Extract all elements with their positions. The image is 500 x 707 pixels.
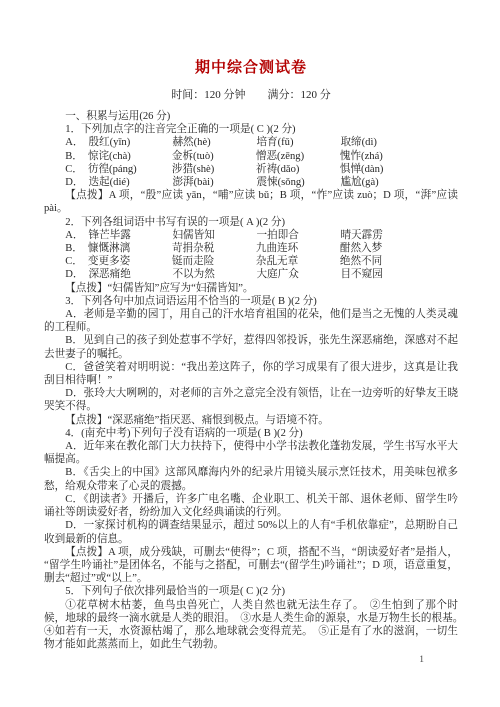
q2-option-b: B．慷慨淋漓苛捐杂税九曲连环酣然入梦 [44, 242, 458, 255]
option-term: 目不窥园 [340, 268, 424, 281]
option-term: 惧惮(dàn) [340, 163, 424, 176]
option-term: 憎恶(zēng) [256, 150, 340, 163]
q4-option-b: B．《舌尖上的中国》这部风靡海内外的纪录片用镜头展示烹饪技术，用美味包袱多愁，给… [44, 466, 458, 492]
option-label: B． [65, 243, 83, 254]
option-term: 一拍即合 [256, 229, 340, 242]
option-term: 酣然入梦 [340, 242, 424, 255]
option-term: 彷徨(páng) [88, 163, 172, 176]
q1-stem: 1．下列加点字的注音完全正确的一项是( C )(2 分) [44, 123, 458, 136]
q1-option-d: D．迭起(dié)澎湃(bài)震悚(sǒng)尴尬(gà) [44, 176, 458, 189]
option-label: A． [65, 137, 83, 148]
q3-stem: 3．下列各句中加点词语运用不恰当的一项是( B )(2 分) [44, 295, 458, 308]
option-term: 晴天霹雳 [340, 229, 424, 242]
q2-option-d: D．深恶痛绝不以为然大庭广众目不窥园 [44, 268, 458, 281]
option-term: 赫然(hè) [172, 136, 256, 149]
q5-stem: 5．下列句子依次排列最恰当的一项是( C )(2 分) [44, 585, 458, 598]
q1-option-b: B．惊诧(chà)金柝(tuò)憎恶(zēng)愧怍(zhá) [44, 150, 458, 163]
q4-option-a: A．近年来在教化部门大力扶持下，使得中小学书法教化蓬勃发展，学生书写水平大幅提高… [44, 440, 458, 466]
option-term: 锋芒毕露 [88, 229, 172, 242]
option-label: C． [65, 164, 83, 175]
q2-option-a: A．锋芒毕露妇儒皆知一拍即合晴天霹雳 [44, 229, 458, 242]
exam-paper-page: 期中综合测试卷 时间：120 分钟 满分：120 分 一、积累与运用(26 分)… [0, 0, 500, 707]
page-number: 1 [419, 655, 424, 665]
option-term: 祈祷(dǎo) [256, 163, 340, 176]
option-term: 愧怍(zhá) [340, 150, 424, 163]
q3-hint: 【点拨】“深恶痛绝”指厌恶、痛恨到极点。与语境不符。 [44, 414, 458, 427]
q5-sentences: ①花草树木枯萎，鱼鸟虫兽死亡，人类自然也就无法生存了。 ②生怕到了那个时候，地球… [44, 599, 458, 652]
section-heading-1: 一、积累与运用(26 分) [44, 110, 458, 123]
document-body: 一、积累与运用(26 分)1．下列加点字的注音完全正确的一项是( C )(2 分… [44, 110, 458, 651]
option-term: 金柝(tuò) [172, 150, 256, 163]
option-term: 杂乱无章 [256, 255, 340, 268]
option-term: 妇儒皆知 [172, 229, 256, 242]
option-term: 殷红(yīn) [88, 136, 172, 149]
q1-option-c: C．彷徨(páng)涉猎(shè)祈祷(dǎo)惧惮(dàn) [44, 163, 458, 176]
q1-hint: 【点拨】A 项，“殷”应读 yān，“哺”应读 bǔ；B 项，“怍”应读 zuò… [44, 189, 458, 215]
q3-option-c: C．爸爸笑着对明明说：“我出差这阵子，你的学习成果有了很大进步，这真是让我刮目相… [44, 361, 458, 387]
option-label: B． [65, 151, 83, 162]
q4-hint: 【点拨】A 项，成分残缺，可删去“使得”；C 项，搭配不当，“朗读爱好者”是指人… [44, 546, 458, 586]
option-label: D． [65, 269, 83, 280]
option-term: 苛捐杂税 [172, 242, 256, 255]
option-term: 大庭广众 [256, 268, 340, 281]
q4-option-d: D．一家探讨机构的调查结果显示，超过 50%以上的人有“手机依靠症”，总期盼自己… [44, 519, 458, 545]
q4-option-c: C．《朗读者》开播后，许多广电名嘴、企业职工、机关干部、退休老师、留学生吟诵社等… [44, 493, 458, 519]
option-term: 震悚(sǒng) [256, 176, 340, 189]
page-title: 期中综合测试卷 [44, 56, 458, 77]
option-term: 铤而走险 [172, 255, 256, 268]
option-term: 绝然不同 [340, 255, 424, 268]
option-term: 涉猎(shè) [172, 163, 256, 176]
option-term: 九曲连环 [256, 242, 340, 255]
q2-stem: 2．下列各组词语中书写有误的一项是( A )(2 分) [44, 216, 458, 229]
option-label: A． [65, 230, 83, 241]
option-term: 惊诧(chà) [88, 150, 172, 163]
option-term: 取缔(dì) [340, 136, 424, 149]
option-term: 迭起(dié) [88, 176, 172, 189]
q1-option-a: A．殷红(yīn)赫然(hè)培育(fǔ)取缔(dì) [44, 136, 458, 149]
q4-stem: 4．(南充中考)下列句子没有语病的一项是( B )(2 分) [44, 427, 458, 440]
option-term: 尴尬(gà) [340, 176, 424, 189]
exam-time-score-line: 时间：120 分钟 满分：120 分 [44, 86, 458, 102]
q3-option-d: D．张玲大大咧咧的，对老师的言外之意完全没有领悟，让在一边旁听的好挚友王晓哭笑不… [44, 387, 458, 413]
option-term: 培育(fǔ) [256, 136, 340, 149]
option-label: D． [65, 177, 83, 188]
q3-option-a: A．老师是辛勤的园丁，用自己的汗水培育祖国的花朵，他们是当之无愧的人类灵魂的工程… [44, 308, 458, 334]
option-term: 不以为然 [172, 268, 256, 281]
option-term: 澎湃(bài) [172, 176, 256, 189]
q2-option-c: C．变更多姿铤而走险杂乱无章绝然不同 [44, 255, 458, 268]
q3-option-b: B．见到自己的孩子到处惹事不学好，惹得四邻投诉，张先生深恶痛绝，深感对不起去世妻… [44, 334, 458, 360]
page-content: 期中综合测试卷 时间：120 分钟 满分：120 分 一、积累与运用(26 分)… [0, 0, 500, 651]
option-term: 深恶痛绝 [88, 268, 172, 281]
option-term: 变更多姿 [88, 255, 172, 268]
option-term: 慷慨淋漓 [88, 242, 172, 255]
option-label: C． [65, 256, 83, 267]
q2-hint: 【点拨】“妇儒皆知”应写为“妇孺皆知”。 [44, 282, 458, 295]
